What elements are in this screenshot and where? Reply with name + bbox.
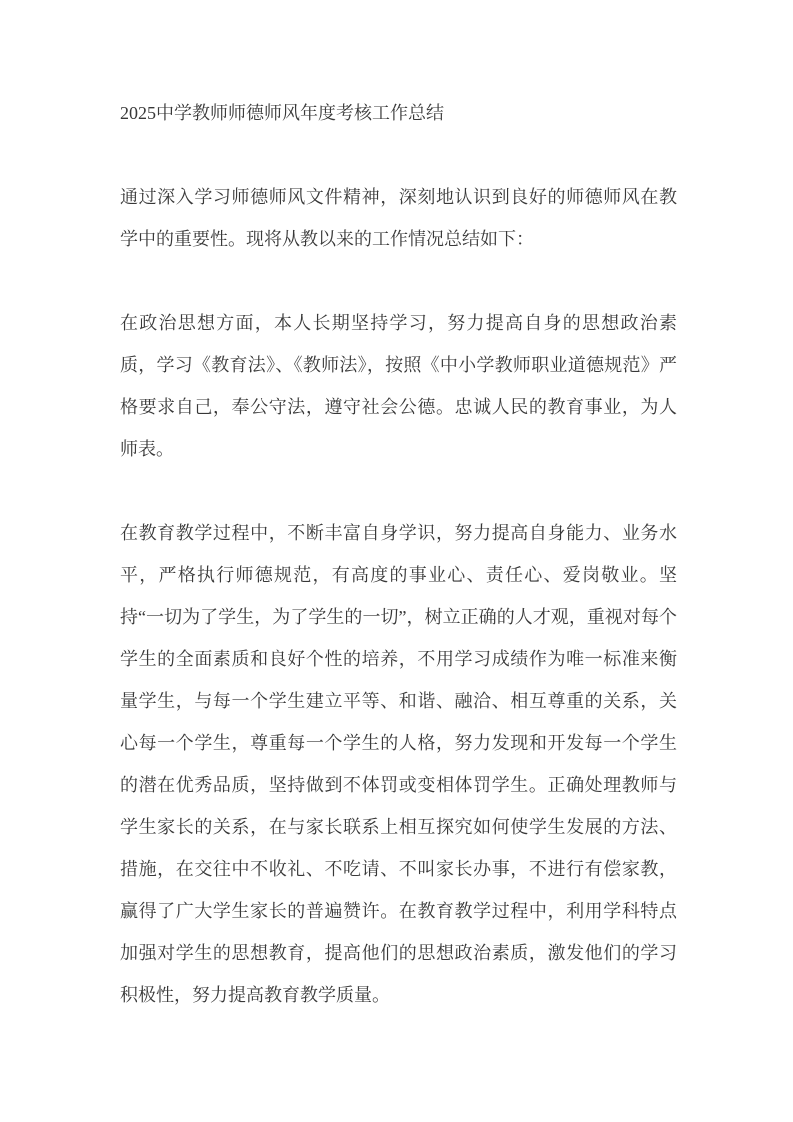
document-title: 2025中学教师师德师风年度考核工作总结	[120, 92, 677, 134]
paragraph-intro: 通过深入学习师德师风文件精神，深刻地认识到良好的师德师风在教学中的重要性。现将从…	[120, 176, 677, 260]
document-page: 2025中学教师师德师风年度考核工作总结 通过深入学习师德师风文件精神，深刻地认…	[0, 0, 793, 1122]
paragraph-teaching-process: 在教育教学过程中，不断丰富自身学识，努力提高自身能力、业务水平，严格执行师德规范…	[120, 512, 677, 1016]
paragraph-political-thought: 在政治思想方面，本人长期坚持学习，努力提高自身的思想政治素质，学习《教育法》、《…	[120, 302, 677, 470]
